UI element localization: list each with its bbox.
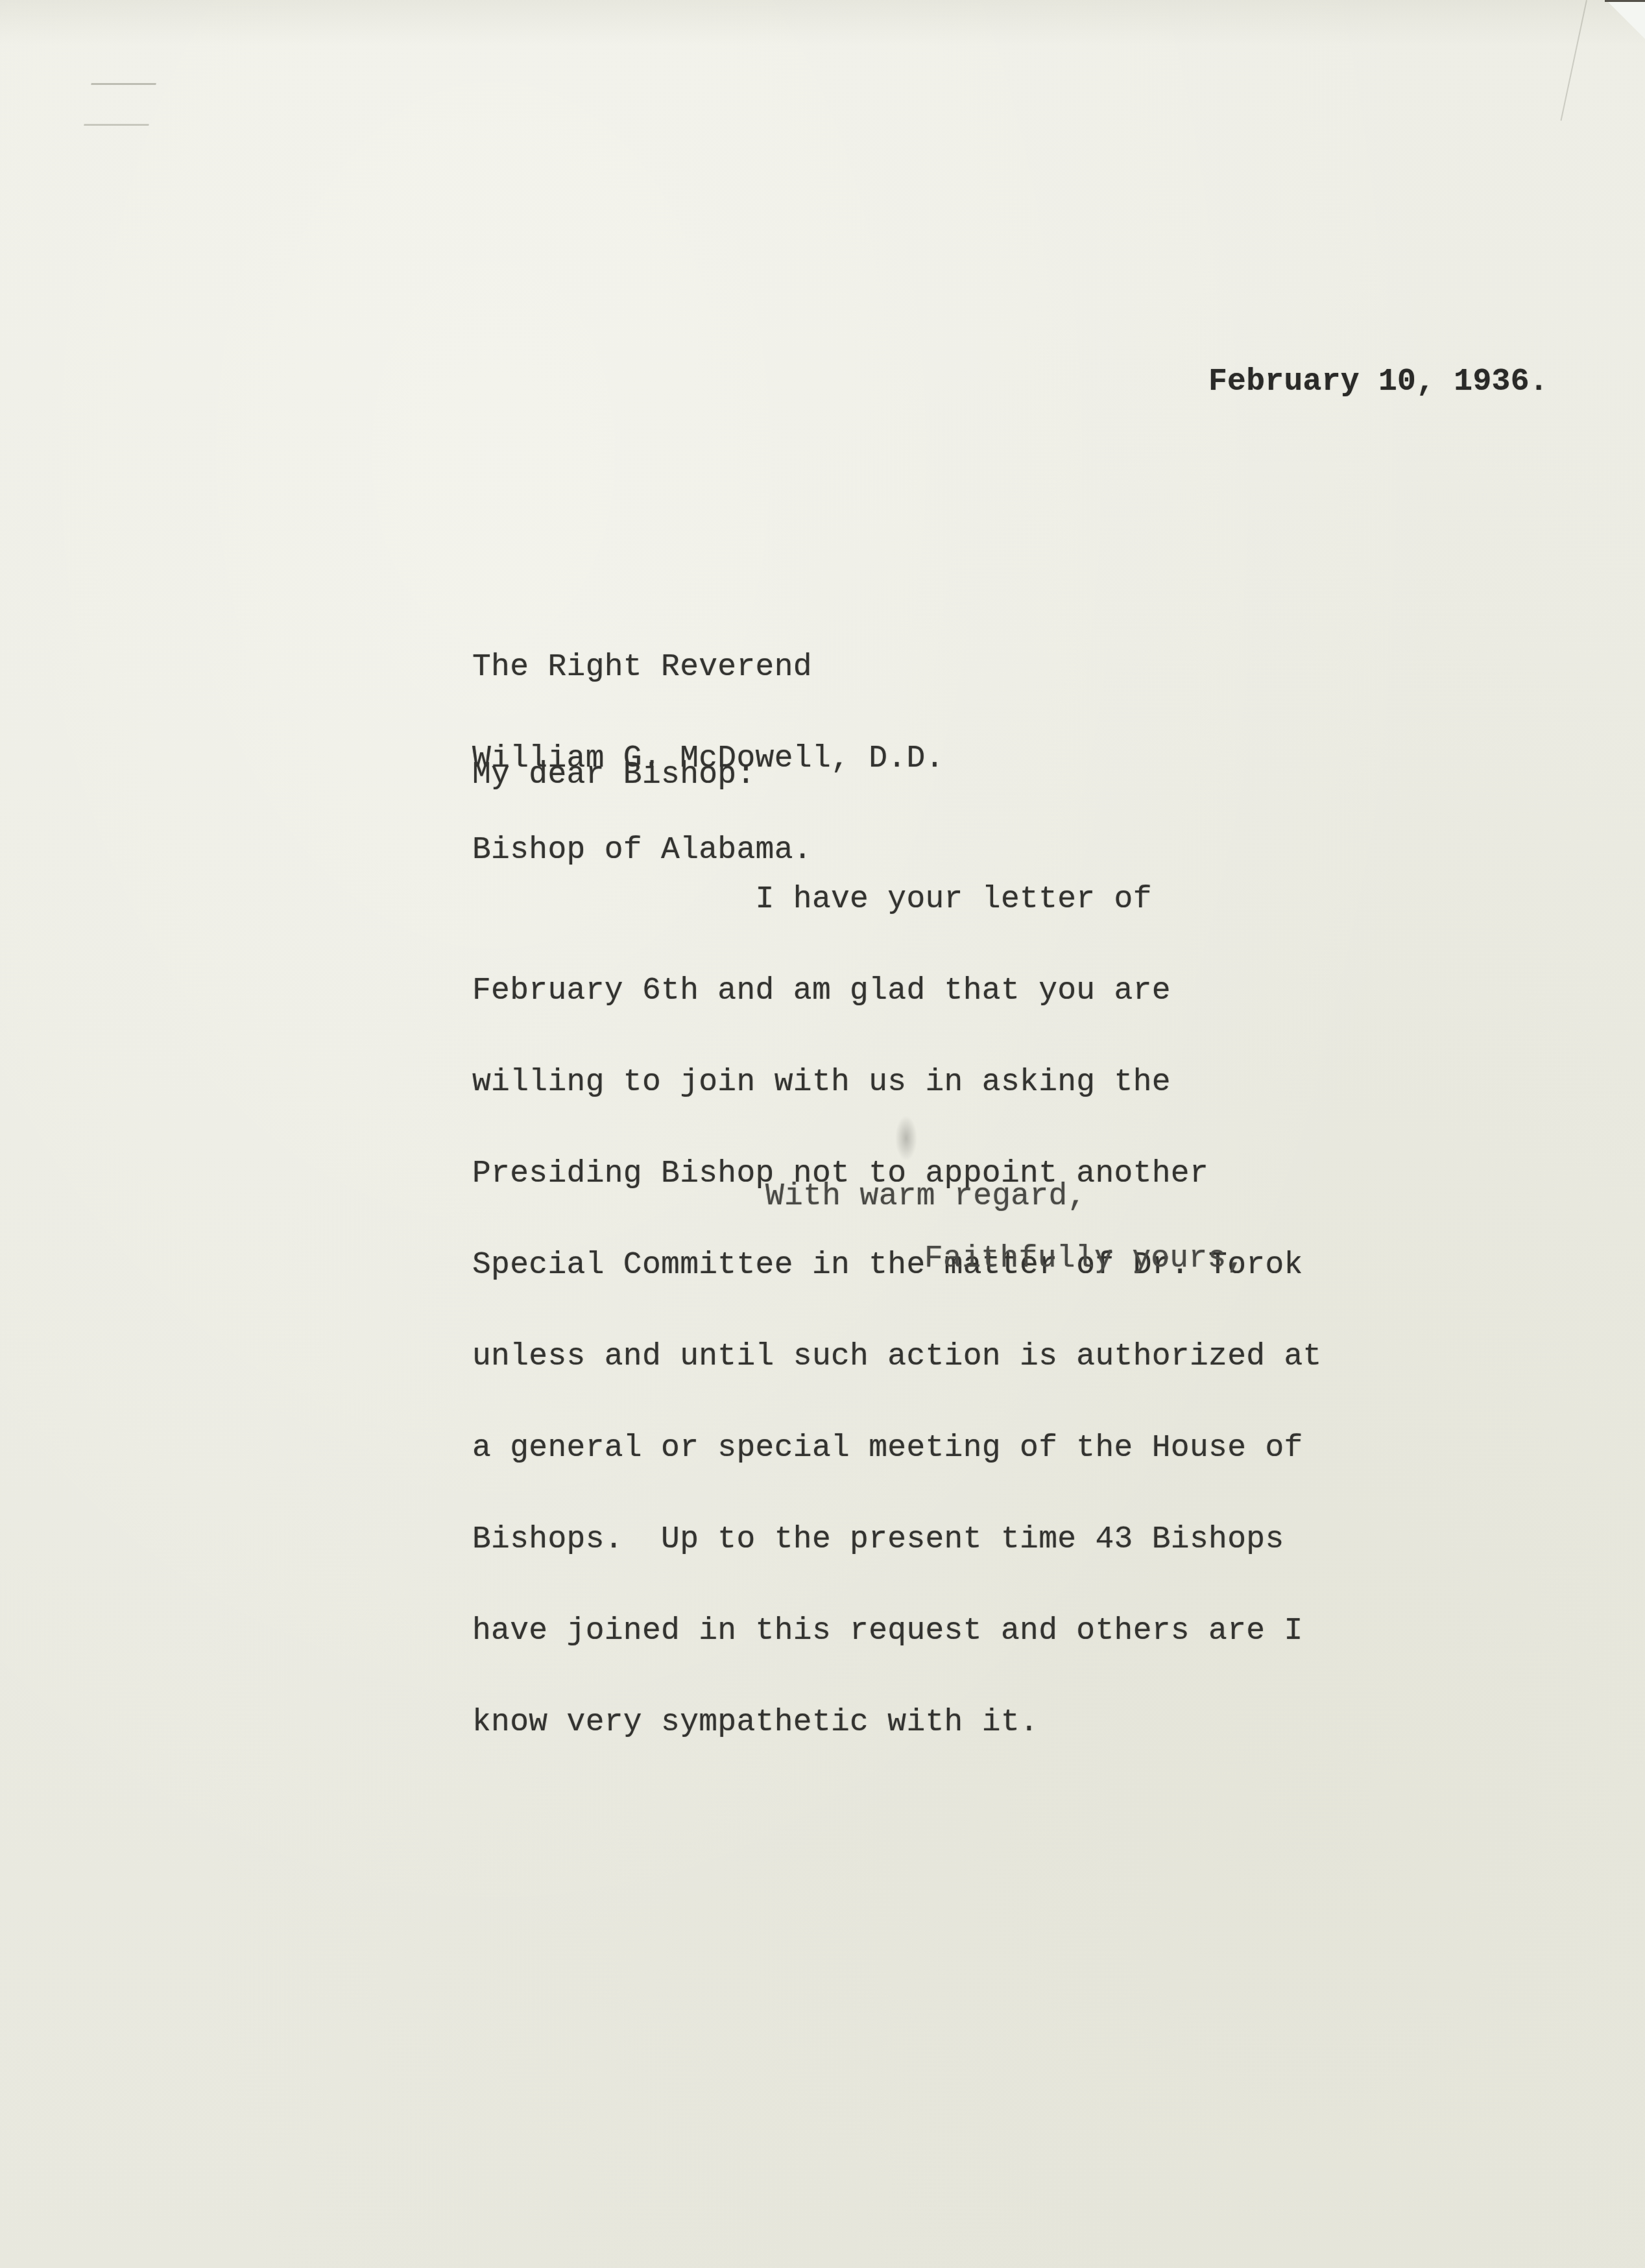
body-line: I have your letter of	[472, 885, 1322, 915]
body-line: willing to join with us in asking the	[472, 1068, 1322, 1098]
letter-body: I have your letter of February 6th and a…	[472, 824, 1322, 1769]
ink-smudge	[895, 1116, 917, 1161]
paper-corner-edge	[1605, 0, 1645, 2]
body-line: Bishops. Up to the present time 43 Bisho…	[472, 1525, 1322, 1555]
body-line: have joined in this request and others a…	[472, 1616, 1322, 1647]
body-line: unless and until such action is authoriz…	[472, 1342, 1322, 1372]
paper-tear-mark	[84, 83, 156, 126]
paper-corner-fold	[1606, 0, 1645, 39]
paper-top-shadow	[0, 0, 1645, 45]
body-line: a general or special meeting of the Hous…	[472, 1433, 1322, 1464]
body-line: February 6th and am glad that you are	[472, 976, 1322, 1007]
letter-date: February 10, 1936.	[1208, 367, 1548, 398]
body-line: know very sympathetic with it.	[472, 1708, 1322, 1738]
closing-line: With warm regard,	[765, 1182, 1087, 1212]
salutation: My dear Bishop:	[472, 760, 756, 791]
signoff-line: Faithfully yours,	[924, 1244, 1245, 1274]
recipient-title: The Right Reverend	[472, 652, 944, 683]
